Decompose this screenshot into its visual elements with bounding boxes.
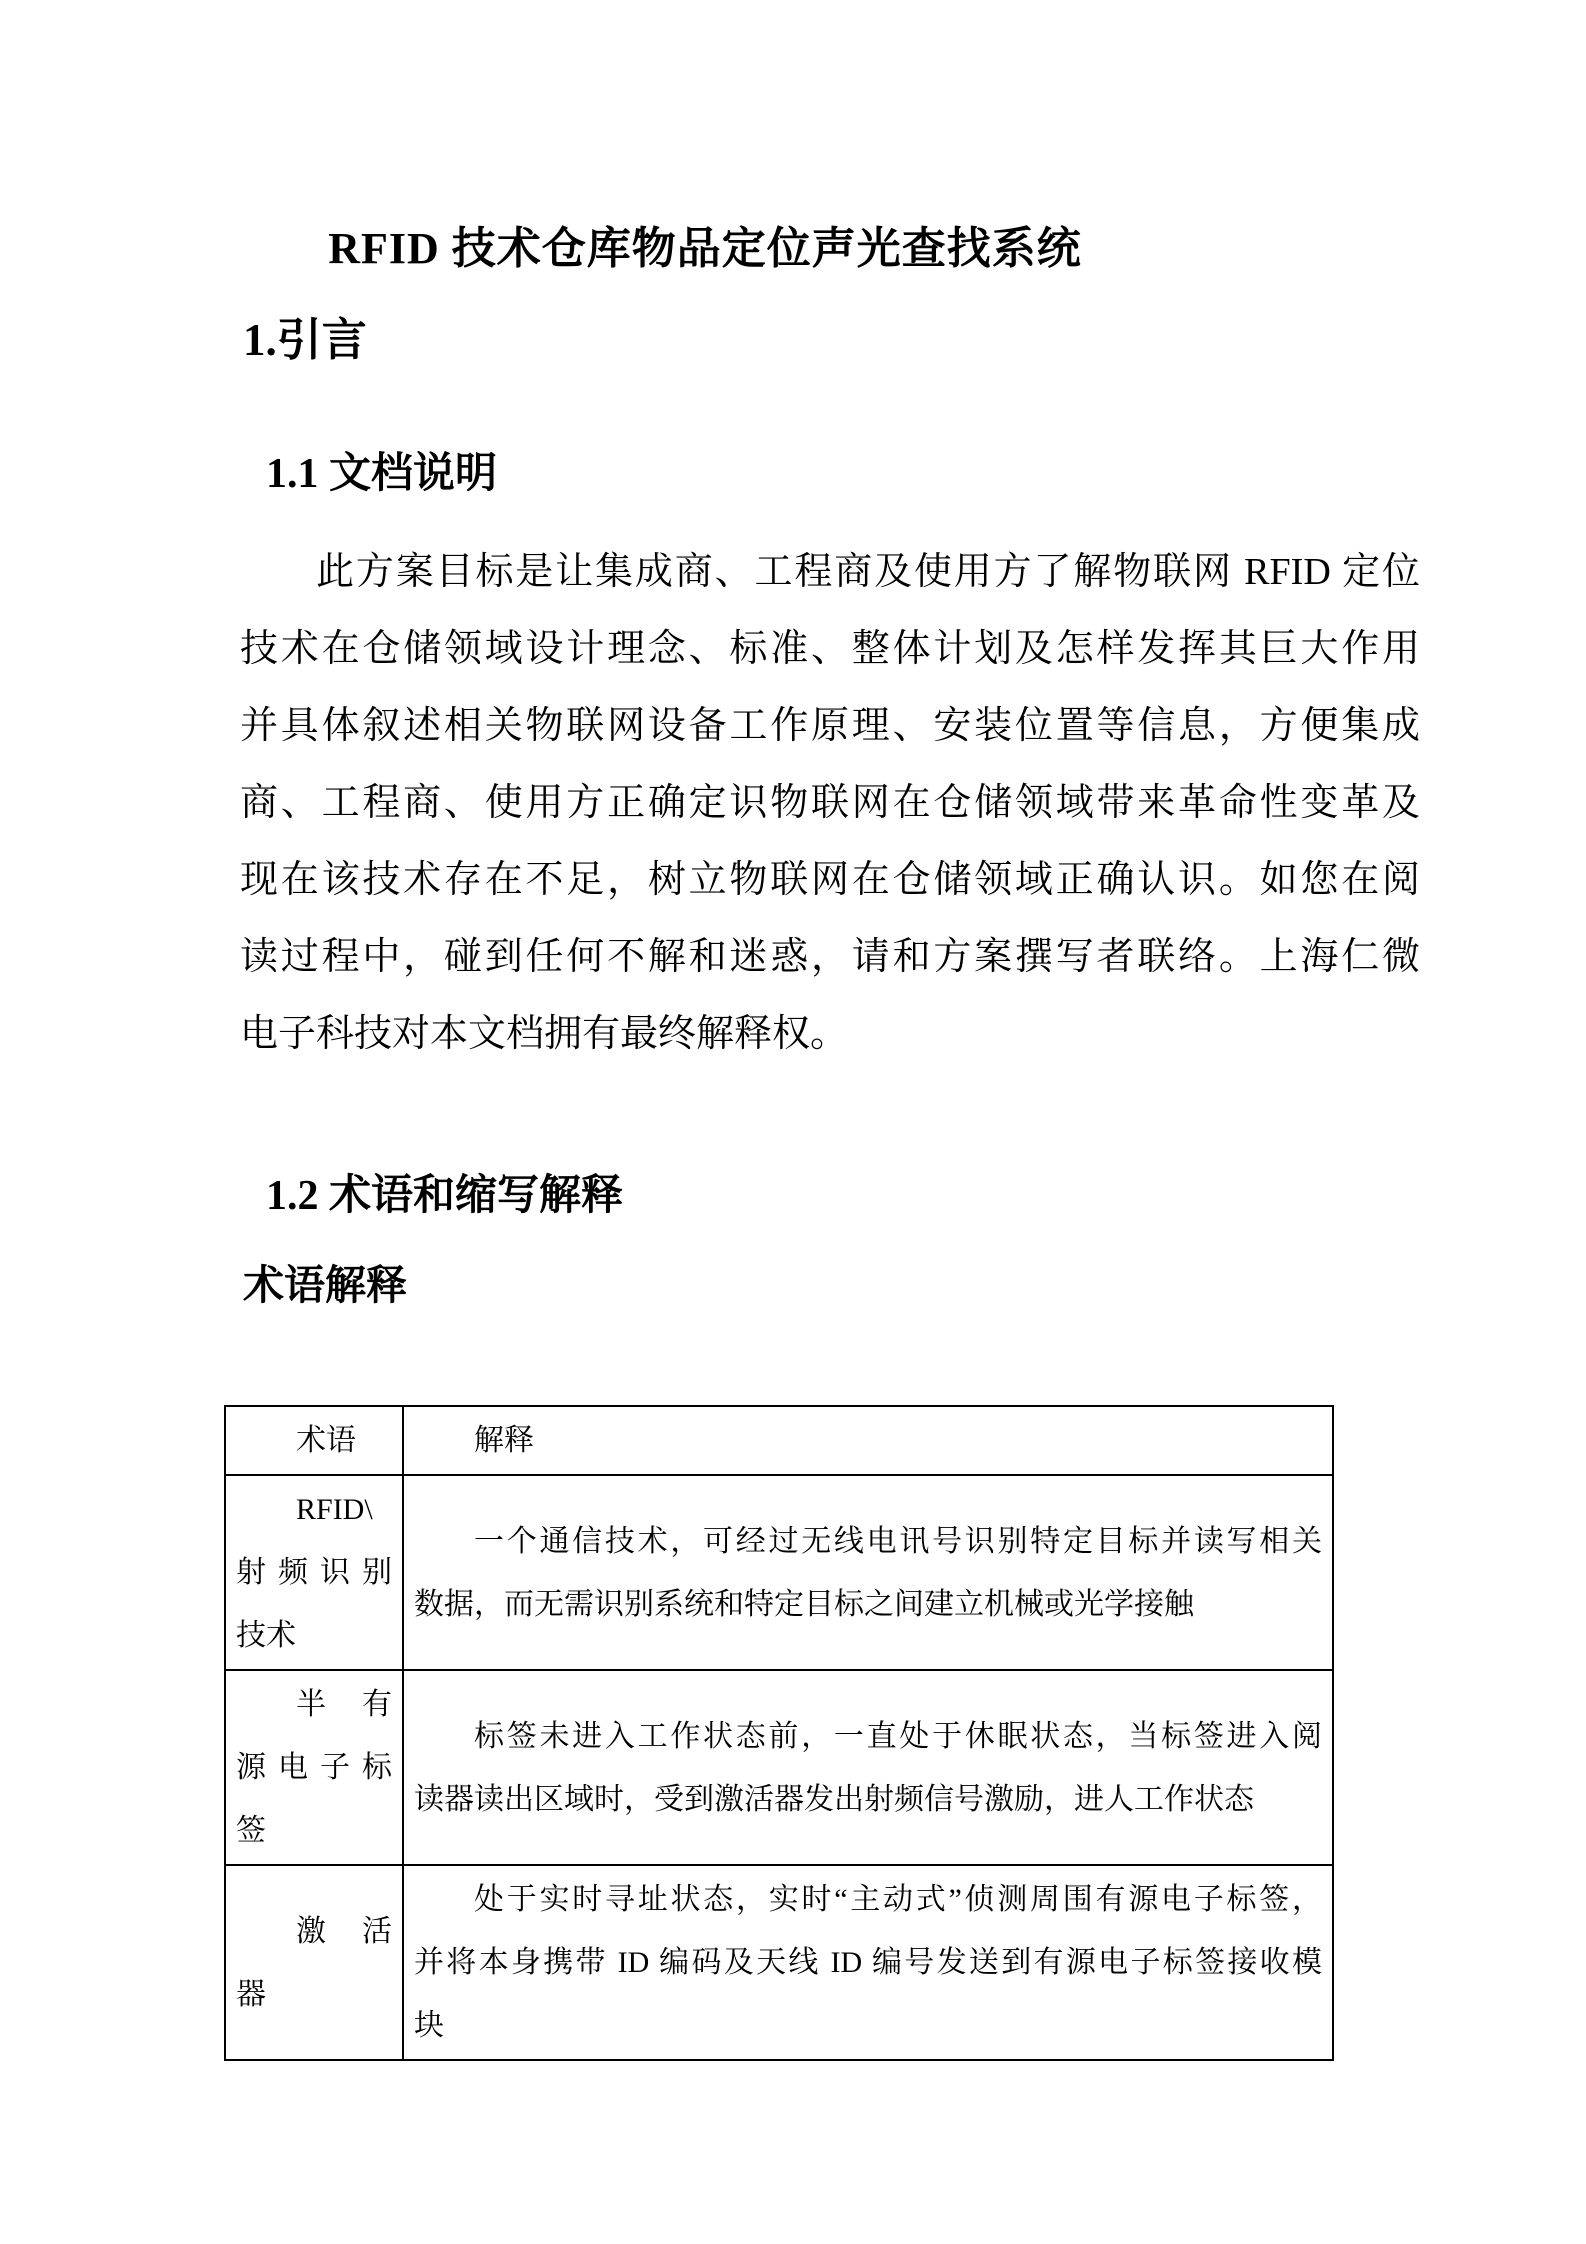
heading-doc-description: 1.1 文档说明 [266,440,497,500]
terms-subheading: 术语解释 [243,1252,407,1311]
document-page: RFID 技术仓库物品定位声光查找系统 1.引言 1.1 文档说明 此方案目标是… [0,0,1586,2244]
definition-cell: 处于实时寻址状态，实时“主动式”侦测周围有源电子标签，并将本身携带 ID 编码及… [403,1865,1333,2060]
definition-cell: 一个通信技术，可经过无线电讯号识别特定目标并读写相关数据，而无需识别系统和特定目… [403,1475,1333,1670]
definition-cell-line: 读器读出区域时，受到激活器发出射频信号激励，进人工作状态 [414,1768,1322,1831]
term-cell-line: 射频识别 [236,1541,392,1604]
column-header-term: 术语 [225,1406,403,1475]
term-cell: 半有源电子标签 [225,1670,403,1865]
term-cell-line: 源电子标 [236,1736,392,1799]
term-cell-line: 激活 [236,1900,392,1963]
document-title: RFID 技术仓库物品定位声光查找系统 [0,212,1410,276]
intro-paragraph: 此方案目标是让集成商、工程商及使用方了解物联网 RFID 定位技术在仓储领域设计… [240,534,1420,1073]
definition-cell: 标签未进入工作状态前，一直处于休眠状态，当标签进入阅读器读出区域时，受到激活器发… [403,1670,1333,1865]
definition-cell-line: 处于实时寻址状态，实时“主动式”侦测周围有源电子标签， [414,1868,1322,1931]
heading-terms-abbreviations: 1.2 术语和缩写解释 [266,1162,623,1222]
column-header-definition: 解释 [403,1406,1333,1475]
definition-cell-line: 并将本身携带 ID 编码及天线 ID 编号发送到有源电子标签接收模 [414,1931,1322,1994]
definition-cell-line: 块 [414,1994,1322,2057]
paragraph-line: 技术在仓储领域设计理念、标准、整体计划及怎样发挥其巨大作用 [240,611,1420,688]
table-row: 半有源电子标签标签未进入工作状态前，一直处于休眠状态，当标签进入阅读器读出区域时… [225,1670,1333,1865]
paragraph-line: 现在该技术存在不足，树立物联网在仓储领域正确认识。如您在阅 [240,842,1420,919]
term-cell-line: 技术 [236,1604,392,1667]
table-header-row: 术语 解释 [225,1406,1333,1475]
term-cell-line: RFID\ [236,1478,392,1541]
term-cell-line: 签 [236,1799,392,1862]
definition-cell-line: 一个通信技术，可经过无线电讯号识别特定目标并读写相关 [414,1510,1322,1573]
paragraph-line: 并具体叙述相关物联网设备工作原理、安装位置等信息，方便集成 [240,688,1420,765]
header-cell-line: 术语 [236,1409,392,1472]
header-cell-line: 解释 [414,1409,1322,1472]
table-row: RFID\射频识别技术一个通信技术，可经过无线电讯号识别特定目标并读写相关数据，… [225,1475,1333,1670]
term-cell: 激活器 [225,1865,403,2060]
paragraph-line: 电子科技对本文档拥有最终解释权。 [240,996,1420,1073]
definition-cell-line: 数据，而无需识别系统和特定目标之间建立机械或光学接触 [414,1573,1322,1636]
table-row: 激活器处于实时寻址状态，实时“主动式”侦测周围有源电子标签，并将本身携带 ID … [225,1865,1333,2060]
paragraph-line: 读过程中，碰到任何不解和迷惑，请和方案撰写者联络。上海仁微 [240,919,1420,996]
term-cell-line: 器 [236,1963,392,2026]
paragraph-line: 商、工程商、使用方正确定识物联网在仓储领域带来革命性变革及 [240,765,1420,842]
heading-introduction: 1.引言 [243,303,367,368]
term-cell: RFID\射频识别技术 [225,1475,403,1670]
terms-table: 术语 解释 RFID\射频识别技术一个通信技术，可经过无线电讯号识别特定目标并读… [224,1405,1334,2061]
paragraph-line: 此方案目标是让集成商、工程商及使用方了解物联网 RFID 定位 [240,534,1420,611]
term-cell-line: 半有 [236,1673,392,1736]
definition-cell-line: 标签未进入工作状态前，一直处于休眠状态，当标签进入阅 [414,1705,1322,1768]
